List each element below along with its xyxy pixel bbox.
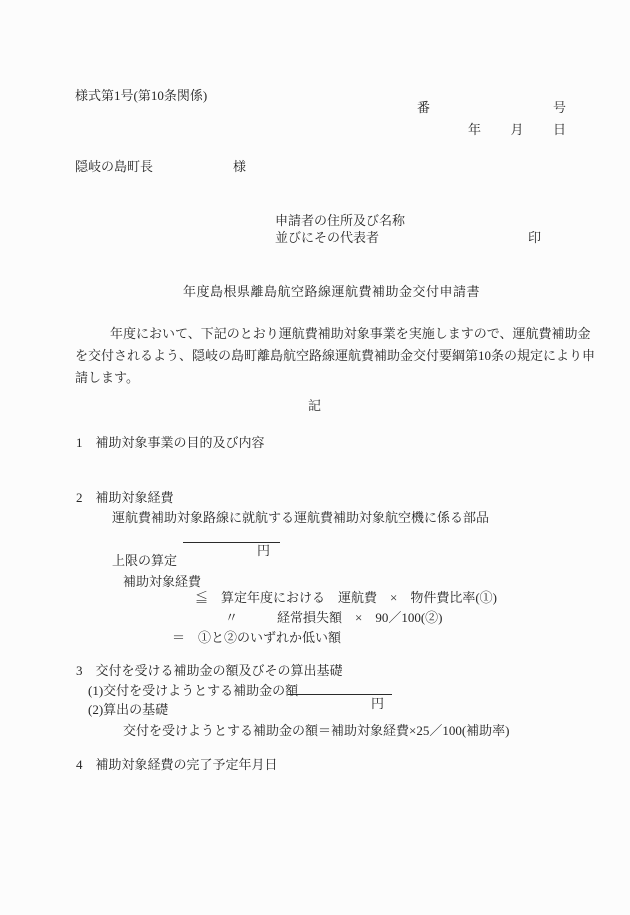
section-3-sub2-label: (2)算出の基礎 bbox=[88, 702, 168, 718]
seal-mark: 印 bbox=[528, 230, 541, 246]
expense-amount-blank-field: 円 bbox=[183, 527, 280, 543]
grant-amount-blank-field: 円 bbox=[288, 680, 392, 695]
addressee-honorific: 様 bbox=[233, 159, 246, 175]
section-2-heading: 2 補助対象経費 bbox=[76, 490, 174, 506]
subsidy-expense-label: 補助対象経費 bbox=[123, 574, 201, 590]
addressee-title: 隠岐の島町長 bbox=[75, 159, 153, 175]
document-page: 様式第1号(第10条関係) 番 号 年 月 日 隠岐の島町長 様 申請者の住所及… bbox=[0, 0, 630, 915]
section-1-heading: 1 補助対象事業の目的及び内容 bbox=[76, 435, 265, 451]
section-3-calculation-formula: 交付を受けようとする補助金の額＝補助対象経費×25／100(補助率) bbox=[123, 723, 510, 739]
doc-number-suffix-label: 号 bbox=[553, 100, 566, 116]
yen-unit-label: 円 bbox=[371, 696, 384, 711]
applicant-address-label: 申請者の住所及び名称 bbox=[275, 213, 405, 229]
body-paragraph-line: を交付されるよう、隠岐の島町離島航空路線運航費補助金交付要綱第10条の規定により… bbox=[75, 348, 595, 364]
document-title: 年度島根県離島航空路線運航費補助金交付申請書 bbox=[183, 284, 480, 300]
date-row: 年 月 日 bbox=[468, 122, 566, 138]
date-month-label: 月 bbox=[510, 122, 523, 138]
body-paragraph-line: 年度において、下記のとおり運航費補助対象事業を実施しますので、運航費補助金 bbox=[110, 326, 590, 342]
section-2-parts-line: 運航費補助対象路線に就航する運航費補助対象航空機に係る部品 bbox=[112, 510, 489, 526]
body-paragraph-line: 請します。 bbox=[75, 370, 139, 386]
limit-formula-line-2: 〃 経常損失額 × 90／100(②) bbox=[225, 610, 443, 626]
ki-separator-label: 記 bbox=[308, 398, 321, 414]
form-number-label: 様式第1号(第10条関係) bbox=[75, 88, 207, 104]
date-day-label: 日 bbox=[553, 122, 566, 138]
section-4-heading: 4 補助対象経費の完了予定年月日 bbox=[76, 757, 278, 773]
date-year-label: 年 bbox=[468, 122, 481, 138]
yen-unit-label: 円 bbox=[257, 543, 270, 558]
limit-formula-line-1: ≦ 算定年度における 運航費 × 物件費比率(①) bbox=[195, 590, 497, 606]
limit-calculation-label: 上限の算定 bbox=[112, 553, 177, 569]
doc-number-row: 番 号 bbox=[417, 100, 566, 116]
limit-formula-line-3: ＝ ①と②のいずれか低い額 bbox=[172, 630, 341, 646]
applicant-representative-label: 並びにその代表者 bbox=[275, 230, 379, 246]
section-3-sub1-label: (1)交付を受けようとする補助金の額 bbox=[88, 683, 298, 699]
doc-number-prefix-label: 番 bbox=[417, 100, 430, 116]
section-3-heading: 3 交付を受ける補助金の額及びその算出基礎 bbox=[76, 663, 343, 679]
